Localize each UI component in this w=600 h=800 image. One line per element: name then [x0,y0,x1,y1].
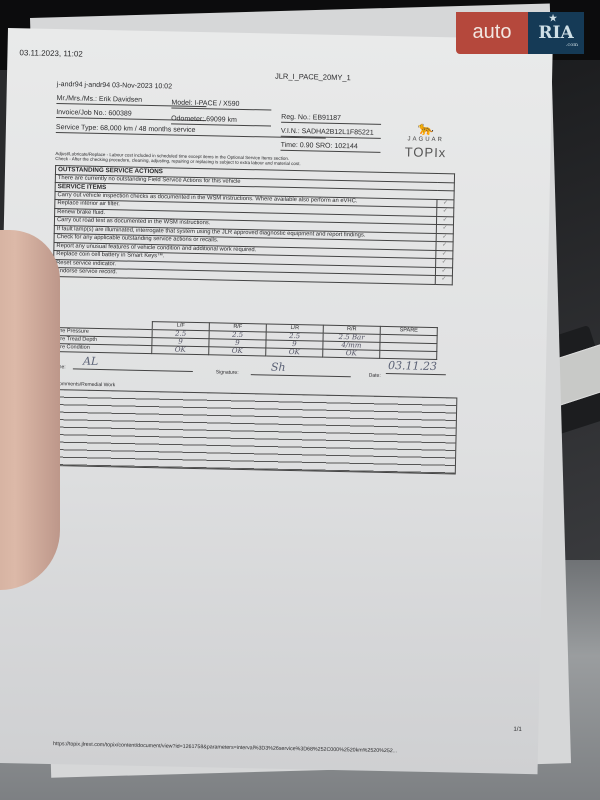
check-mark-icon: ✓ [436,233,453,242]
watermark-ria: ★ RIA .com [528,12,584,54]
check-mark-icon: ✓ [436,225,453,234]
tyre-value: OK [323,349,380,358]
tyre-value: OK [266,348,323,357]
signature-handwritten: Sh [271,361,286,374]
comments-box [54,389,458,474]
autoria-watermark: auto ★ RIA .com [456,12,584,54]
check-mark-icon: ✓ [435,267,452,276]
date-handwritten: 03.11.23 [388,359,437,373]
check-mark-icon: ✓ [437,208,454,217]
star-icon: ★ [549,0,557,40]
date-label: Date: [369,373,381,379]
watermark-com: .com [566,24,578,66]
jaguar-wordmark: JAGUAR [396,136,456,143]
check-mark-icon: ✓ [436,259,453,268]
name-line: AL [73,358,193,372]
jaguar-leaper-icon: 🐆 [396,120,456,137]
check-mark-icon: ✓ [435,276,452,285]
registration-number: Reg. No.: EB91187 [281,114,381,125]
document-id: JLR_I_PACE_20MY_1 [275,72,351,83]
check-mark-icon: ✓ [436,216,453,225]
comments-label: Comments/Remedial Work [55,381,115,388]
jaguar-topix-logo: 🐆 JAGUAR TOPIx [395,120,456,160]
document-url: https://topix.jlrext.com/topix/content/d… [53,741,397,754]
watermark-auto: auto [456,12,528,54]
signature-line: Sh [251,364,351,377]
date-line: 03.11.23 [386,363,446,375]
user-line: j-andr94 j-andr94 03-Nov-2023 10:02 [57,81,172,91]
service-items-table: OUTSTANDING SERVICE ACTIONS There are cu… [53,165,455,285]
time-sro: Time: 0.90 SRO: 102144 [280,142,380,153]
thumb [0,230,60,590]
name-handwritten: AL [83,355,99,368]
tyre-value: OK [152,346,209,355]
page-number: 1/1 [513,727,521,733]
tyre-row-label: Tyre Condition [52,343,152,353]
odometer: Odometer: 69099 km [171,115,271,126]
check-mark-icon: ✓ [436,250,453,259]
signoff-row: Name: AL Signature: Sh Date: 03.11.23 [51,362,451,370]
service-sheet: 03.11.2023, 11:02 JLR_I_PACE_20MY_1 j-an… [0,28,553,774]
tyre-table: L/FR/FL/RR/RSPARE Tyre Pressure2.52.52.5… [51,319,438,360]
topix-wordmark: TOPIx [395,144,455,160]
signature-label: Signature: [216,369,239,375]
check-mark-icon: ✓ [436,242,453,251]
print-timestamp: 03.11.2023, 11:02 [19,48,83,58]
check-mark-icon: ✓ [437,199,454,208]
vehicle-model: Model: I-PACE / X590 [171,99,271,110]
tyre-value: OK [209,347,266,356]
